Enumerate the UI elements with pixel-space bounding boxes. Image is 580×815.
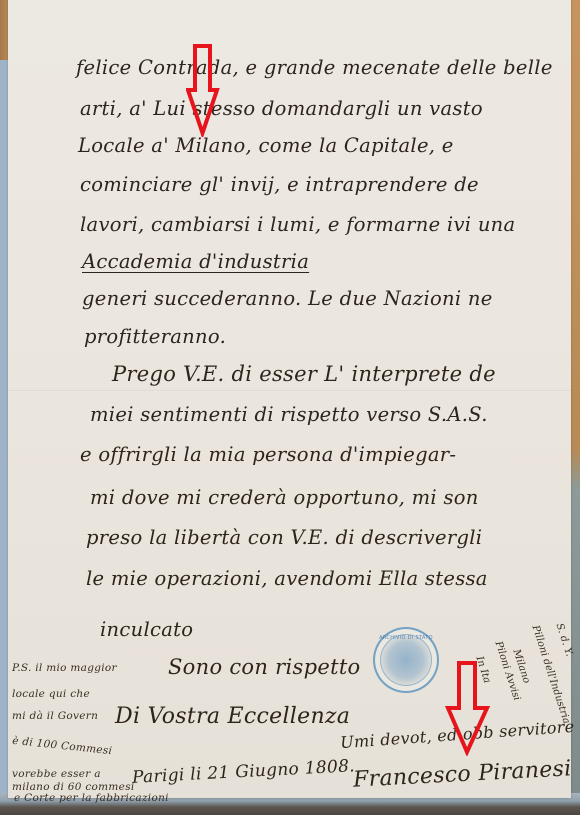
archive-stamp: ARCHIVIO DI STATO [373,627,439,693]
body-line-7: generi succederanno. Le due Nazioni ne [82,287,493,310]
margin-note-line-5: vorebbe esser a [12,768,101,780]
arrow-down-icon-piranesi [445,660,491,756]
margin-note-line-3: mi dà il Govern [12,710,98,722]
para2-line-7: inculcato [100,618,193,641]
para2-line-4: mi dove mi crederà opportuno, mi son [90,486,479,509]
body-line-1: felice Contrada, e grande mecenate delle… [76,56,553,79]
body-line-8: profitteranno. [84,325,226,348]
body-line-6: Accademia d'industria [82,250,309,273]
body-line-2: arti, a' Lui stesso domandargli un vasto [80,97,483,120]
margin-note-line-7: e Corte per la fabbricazioni [14,792,169,804]
right-background-edge [570,0,580,815]
body-line-4: cominciare gl' invij, e intraprendere de [80,173,479,196]
paper-fold-line [8,390,571,392]
para2-line-3: e offrirgli la mia persona d'impiegar- [80,443,456,466]
underlined-accademia: Accademia d'industria [82,250,309,273]
stamp-text: ARCHIVIO DI STATO [375,635,437,641]
arrow-down-icon-milano [186,43,220,137]
para2-line-6: le mie operazioni, avendomi Ella stessa [86,567,488,590]
closing-di-vostra-eccellenza: Di Vostra Eccellenza [115,704,350,729]
body-line-3: Locale a' Milano, come la Capitale, e [78,134,454,157]
body-line-5: lavori, cambiarsi i lumi, e formarne ivi… [80,213,515,236]
margin-note-line-2: locale qui che [12,688,90,700]
margin-note-line-1: P.S. il mio maggior [12,662,117,674]
para2-line-2: miei sentimenti di rispetto verso S.A.S. [90,403,488,426]
closing-sono-con-rispetto: Sono con rispetto [168,655,361,679]
para2-line-1: Prego V.E. di esser L' interprete de [112,362,496,386]
para2-line-5: preso la libertà con V.E. di descrivergl… [86,526,482,549]
